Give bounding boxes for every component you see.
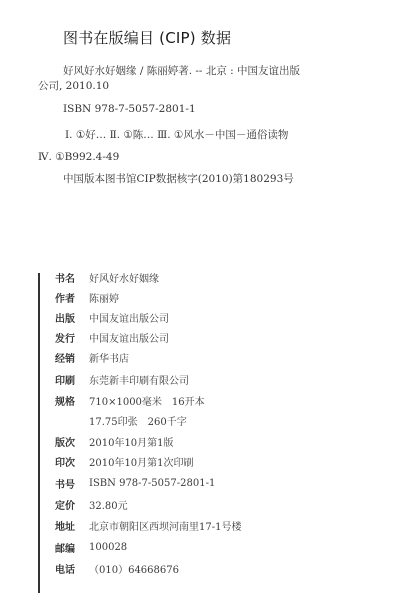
- info-label: 作者: [55, 290, 89, 305]
- info-value: ISBN 978-7-5057-2801-1: [89, 478, 215, 489]
- info-label: 电话: [55, 561, 89, 576]
- info-row-title: 书名 好风好水好姻缘: [55, 268, 159, 286]
- cip-record-number: 中国版本图书馆CIP数据核字(2010)第180293号: [63, 172, 294, 186]
- info-value: 新华书店: [89, 350, 129, 365]
- info-value: 2010年10月第1版: [89, 434, 174, 449]
- info-row-isbn: 书号 ISBN 978-7-5057-2801-1: [55, 474, 215, 492]
- info-row-printer: 印刷 东莞新丰印刷有限公司: [55, 370, 189, 388]
- info-label: 规格: [55, 393, 89, 408]
- info-label: 出版: [55, 310, 89, 325]
- cip-bibliographic-line-2: 公司, 2010.10: [38, 79, 109, 93]
- info-value: 好风好水好姻缘: [89, 270, 159, 285]
- cip-bibliographic-line-1: 好风好水好姻缘 / 陈丽婷著. -- 北京 : 中国友谊出版: [63, 64, 300, 78]
- info-value: 710×1000毫米 16开本: [89, 393, 205, 408]
- info-label: 书名: [55, 270, 89, 285]
- cip-classification-2: Ⅳ. ①B992.4-49: [38, 150, 119, 164]
- info-row-distributor: 发行 中国友谊出版公司: [55, 328, 169, 346]
- info-label: 邮编: [55, 540, 89, 555]
- info-label: 定价: [55, 497, 89, 512]
- info-value: 32.80元: [89, 497, 128, 512]
- info-value: （010）64668676: [89, 561, 179, 576]
- info-row-format-continued: 17.75印张 260千字: [55, 411, 187, 429]
- info-row-price: 定价 32.80元: [55, 495, 128, 513]
- info-row-author: 作者 陈丽婷: [55, 288, 119, 306]
- info-row-format: 规格 710×1000毫米 16开本: [55, 391, 205, 409]
- info-label: 经销: [55, 350, 89, 365]
- cip-classification-1: Ⅰ. ①好… Ⅱ. ①陈… Ⅲ. ①风水－中国－通俗读物: [65, 128, 288, 142]
- info-row-address: 地址 北京市朝阳区西坝河南里17-1号楼: [55, 516, 241, 534]
- cip-isbn: ISBN 978-7-5057-2801-1: [63, 102, 196, 116]
- info-value: 2010年10月第1次印刷: [89, 454, 194, 469]
- info-label: 地址: [55, 518, 89, 533]
- info-value: 东莞新丰印刷有限公司: [89, 372, 189, 387]
- info-row-edition: 版次 2010年10月第1版: [55, 432, 174, 450]
- info-label: 书号: [55, 476, 89, 491]
- info-value: 17.75印张 260千字: [89, 413, 187, 428]
- info-value: 北京市朝阳区西坝河南里17-1号楼: [89, 518, 241, 533]
- info-value: 100028: [89, 542, 127, 553]
- info-row-publisher: 出版 中国友谊出版公司: [55, 308, 169, 326]
- cip-title: 图书在版编目 (CIP) 数据: [63, 27, 231, 48]
- info-value: 中国友谊出版公司: [89, 310, 169, 325]
- info-value: 陈丽婷: [89, 290, 119, 305]
- info-row-retailer: 经销 新华书店: [55, 348, 129, 366]
- info-row-postcode: 邮编 100028: [55, 538, 127, 556]
- info-label: 印次: [55, 454, 89, 469]
- info-row-printing: 印次 2010年10月第1次印刷: [55, 452, 194, 470]
- info-row-phone: 电话 （010）64668676: [55, 559, 179, 577]
- info-label: 版次: [55, 434, 89, 449]
- info-label: 发行: [55, 330, 89, 345]
- info-label: 印刷: [55, 372, 89, 387]
- info-vertical-divider: [38, 273, 40, 593]
- info-value: 中国友谊出版公司: [89, 330, 169, 345]
